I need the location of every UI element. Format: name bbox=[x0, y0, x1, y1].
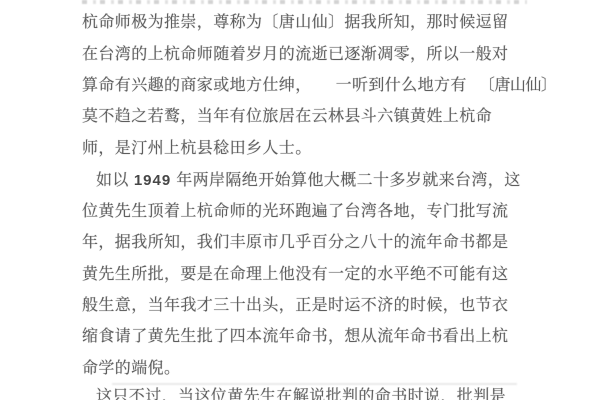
text-line-5: 师，是汀州上杭县稔田乡人士。 bbox=[82, 140, 312, 158]
text-line-3-part2: 一听到什么地方有 bbox=[336, 77, 467, 95]
text-line-3-part3: 〔唐山仙〕 bbox=[479, 77, 557, 95]
text-line-12: 命学的端倪。 bbox=[82, 360, 180, 378]
document-page: 杭命师极为推崇，尊称为〔唐山仙〕据我所知，那时候逗留 在台湾的上杭命师随着岁月的… bbox=[0, 0, 600, 400]
text-line-3-part1: 算命有兴趣的商家或地方仕绅， bbox=[82, 77, 312, 94]
text-line-13-clipped: 这只不过，当这位黄先生在解说批判的命书时说，批判是 bbox=[96, 388, 506, 400]
scan-artifact-streak bbox=[112, 383, 517, 385]
text-line-9: 黄先生所批，要是在命理上他没有一定的水平绝不可能有这 bbox=[82, 266, 508, 284]
text-line-4: 莫不趋之若鹜，当年有位旅居在云林县斗六镇黄姓上杭命 bbox=[82, 108, 492, 126]
text-line-3: 算命有兴趣的商家或地方仕绅，一听到什么地方有〔唐山仙〕 bbox=[82, 77, 556, 95]
clipped-text-line-top bbox=[82, 0, 527, 4]
text-line-1: 杭命师极为推崇，尊称为〔唐山仙〕据我所知，那时候逗留 bbox=[82, 14, 508, 32]
text-line-2: 在台湾的上杭命师随着岁月的流逝已逐渐凋零，所以一般对 bbox=[82, 46, 508, 64]
text-line-8: 年，据我所知，我们丰原市几乎百分之八十的流年命书都是 bbox=[82, 234, 508, 252]
text-line-11: 缩食请了黄先生批了四本流年命书，想从流年命书看出上杭 bbox=[82, 328, 508, 346]
text-line-7: 位黄先生顶着上杭命师的光环跑遍了台湾各地，专门批写流 bbox=[82, 203, 508, 221]
text-line-6-post: 年两岸隔绝开始算他大概二十多岁就来台湾，这 bbox=[176, 172, 520, 189]
year-1949: 1949 bbox=[134, 172, 171, 189]
text-line-6-pre: 如以 bbox=[96, 172, 129, 189]
text-line-6: 如以1949年两岸隔绝开始算他大概二十多岁就来台湾，这 bbox=[96, 172, 521, 190]
text-line-10: 般生意，当年我才三十出头，正是时运不济的时候，也节衣 bbox=[82, 297, 508, 315]
